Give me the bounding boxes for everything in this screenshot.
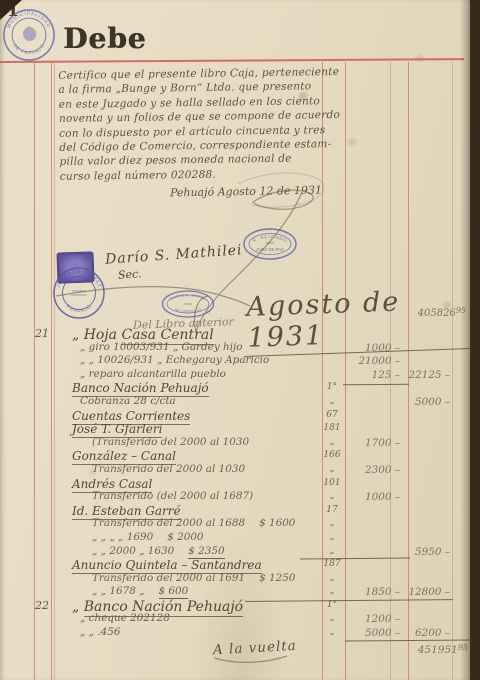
flourish-diagonal-stroke xyxy=(195,192,303,332)
footer-scrawl xyxy=(214,656,287,662)
page-edge-shadow xyxy=(460,0,480,680)
scanned-ledger-page: { "page_label": "1", "header": { "title"… xyxy=(0,0,480,680)
flourish-horizontal-stroke xyxy=(56,287,250,306)
pen-flourishes xyxy=(0,0,470,680)
ledger-paper: 1 Debe Certifico que el presente libro C… xyxy=(0,0,470,680)
